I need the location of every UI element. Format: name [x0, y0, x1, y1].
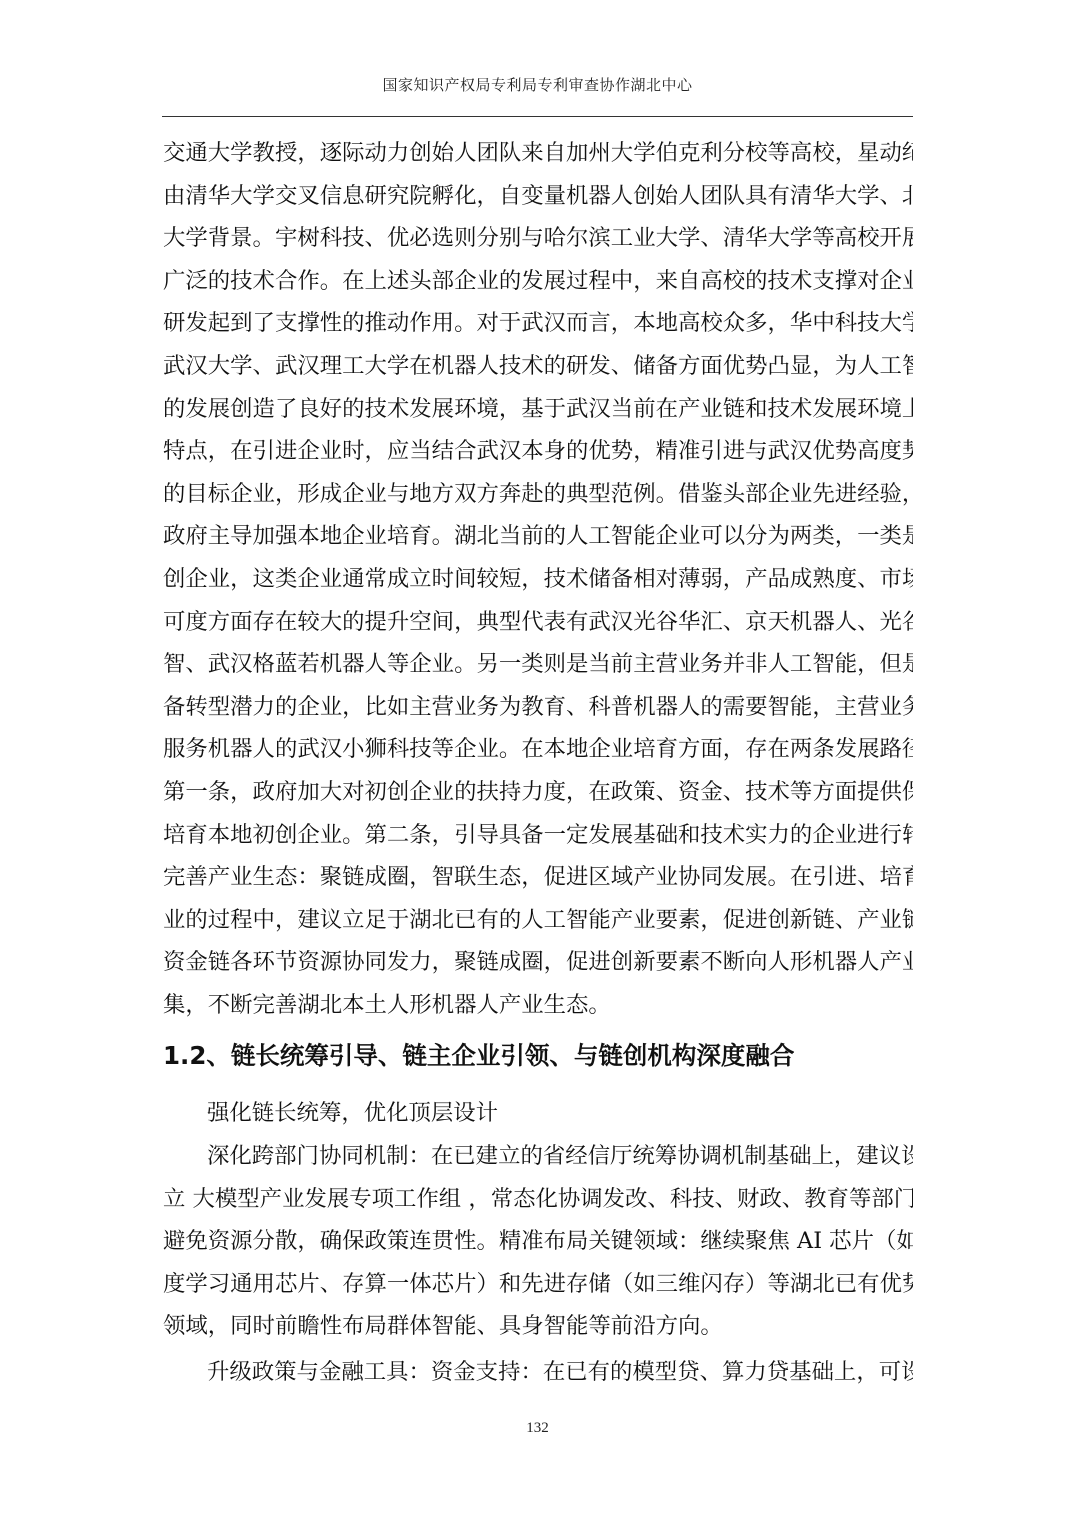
- text-line: 政府主导加强本地企业培育。湖北当前的人工智能企业可以分为两类，一类是初: [163, 515, 913, 558]
- text-line: 的目标企业，形成企业与地方双方奔赴的典型范例。借鉴头部企业先进经验，由: [163, 473, 913, 516]
- text-line: 智、武汉格蓝若机器人等企业。另一类则是当前主营业务并非人工智能，但是具: [163, 643, 913, 686]
- text-line: 交通大学教授，逐际动力创始人团队来自加州大学伯克利分校等高校，星动纪元: [163, 132, 913, 175]
- text-line: 可度方面存在较大的提升空间，典型代表有武汉光谷华汇、京天机器人、光谷东: [163, 601, 913, 644]
- text-line: 由清华大学交叉信息研究院孵化，自变量机器人创始人团队具有清华大学、北京: [163, 175, 913, 218]
- running-header: 国家知识产权局专利局专利审查协作湖北中心: [162, 74, 913, 95]
- paragraph-coordination: 深化跨部门协同机制：在已建立的省经信厅统筹协调机制基础上，建议设 立 大模型产业…: [163, 1135, 913, 1348]
- text-line: 业的过程中，建议立足于湖北已有的人工智能产业要素，促进创新链、产业链、: [163, 899, 913, 942]
- text-line: 资金链各环节资源协同发力，聚链成圈，促进创新要素不断向人形机器人产业聚: [163, 941, 913, 984]
- text-line: 的发展创造了良好的技术发展环境，基于武汉当前在产业链和技术发展环境上的: [163, 388, 913, 431]
- text-line: 深化跨部门协同机制：在已建立的省经信厅统筹协调机制基础上，建议设: [163, 1135, 913, 1178]
- text-line: 第一条，政府加大对初创企业的扶持力度，在政策、资金、技术等方面提供保障，: [163, 771, 913, 814]
- text-line: 强化链长统筹，优化顶层设计: [163, 1092, 913, 1135]
- text-line: 立 大模型产业发展专项工作组 ，常态化协调发改、科技、财政、教育等部门，: [163, 1178, 913, 1221]
- section-heading: 1.2、链长统筹引导、链主企业引领、与链创机构深度融合: [163, 1034, 913, 1078]
- text-line: 培育本地初创企业。第二条，引导具备一定发展基础和技术实力的企业进行转型。: [163, 814, 913, 857]
- text-line: 特点，在引进企业时，应当结合武汉本身的优势，精准引进与武汉优势高度契合: [163, 430, 913, 473]
- paragraph-subtitle: 强化链长统筹，优化顶层设计: [163, 1092, 913, 1135]
- paragraph-policy: 升级政策与金融工具：资金支持：在已有的模型贷、算力贷基础上，可设立: [163, 1351, 913, 1394]
- text-line: 领域，同时前瞻性布局群体智能、具身智能等前沿方向。: [163, 1305, 913, 1348]
- text-line: 研发起到了支撑性的推动作用。对于武汉而言，本地高校众多，华中科技大学、: [163, 302, 913, 345]
- text-line: 度学习通用芯片、存算一体芯片）和先进存储（如三维闪存）等湖北已有优势的: [163, 1263, 913, 1306]
- header-divider: [162, 116, 913, 117]
- text-line: 避免资源分散，确保政策连贯性。精准布局关键领域：继续聚焦 AI 芯片（如深: [163, 1220, 913, 1263]
- text-line: 备转型潜力的企业，比如主营业务为教育、科普机器人的需要智能，主营业务为: [163, 686, 913, 729]
- paragraph-continuation: 交通大学教授，逐际动力创始人团队来自加州大学伯克利分校等高校，星动纪元 由清华大…: [163, 132, 913, 1026]
- text-line: 创企业，这类企业通常成立时间较短，技术储备相对薄弱，产品成熟度、市场认: [163, 558, 913, 601]
- text-line: 大学背景。宇树科技、优必选则分别与哈尔滨工业大学、清华大学等高校开展了: [163, 217, 913, 260]
- text-line: 武汉大学、武汉理工大学在机器人技术的研发、储备方面优势凸显，为人工智能: [163, 345, 913, 388]
- text-line: 升级政策与金融工具：资金支持：在已有的模型贷、算力贷基础上，可设立: [163, 1351, 913, 1394]
- page-number: 132: [162, 1420, 913, 1437]
- text-line: 完善产业生态：聚链成圈，智联生态，促进区域产业协同发展。在引进、培育企: [163, 856, 913, 899]
- text-line: 服务机器人的武汉小狮科技等企业。在本地企业培育方面，存在两条发展路径。: [163, 728, 913, 771]
- text-line: 广泛的技术合作。在上述头部企业的发展过程中，来自高校的技术支撑对企业的: [163, 260, 913, 303]
- text-line: 集，不断完善湖北本土人形机器人产业生态。: [163, 984, 913, 1027]
